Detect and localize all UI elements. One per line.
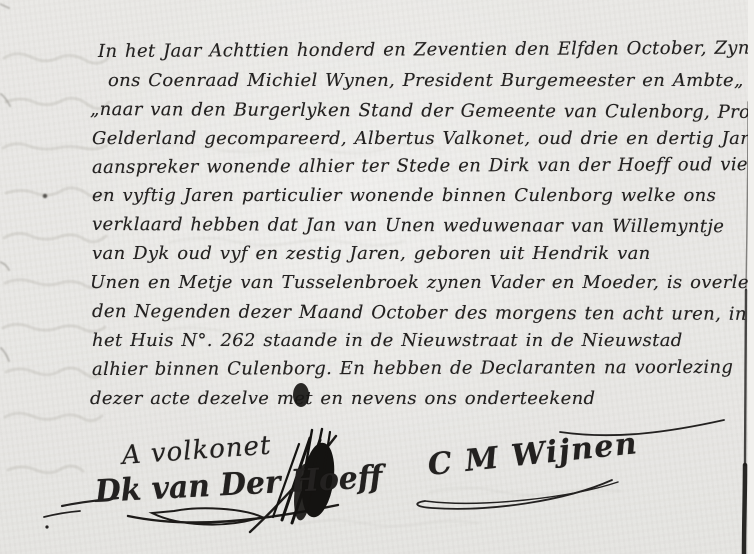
ink-blob-small	[293, 383, 309, 407]
scanned-document-page: In het Jaar Achttien honderd en Zeventie…	[0, 0, 754, 554]
page-edge-paper	[748, 0, 754, 554]
wijnen-flourish	[417, 480, 618, 509]
